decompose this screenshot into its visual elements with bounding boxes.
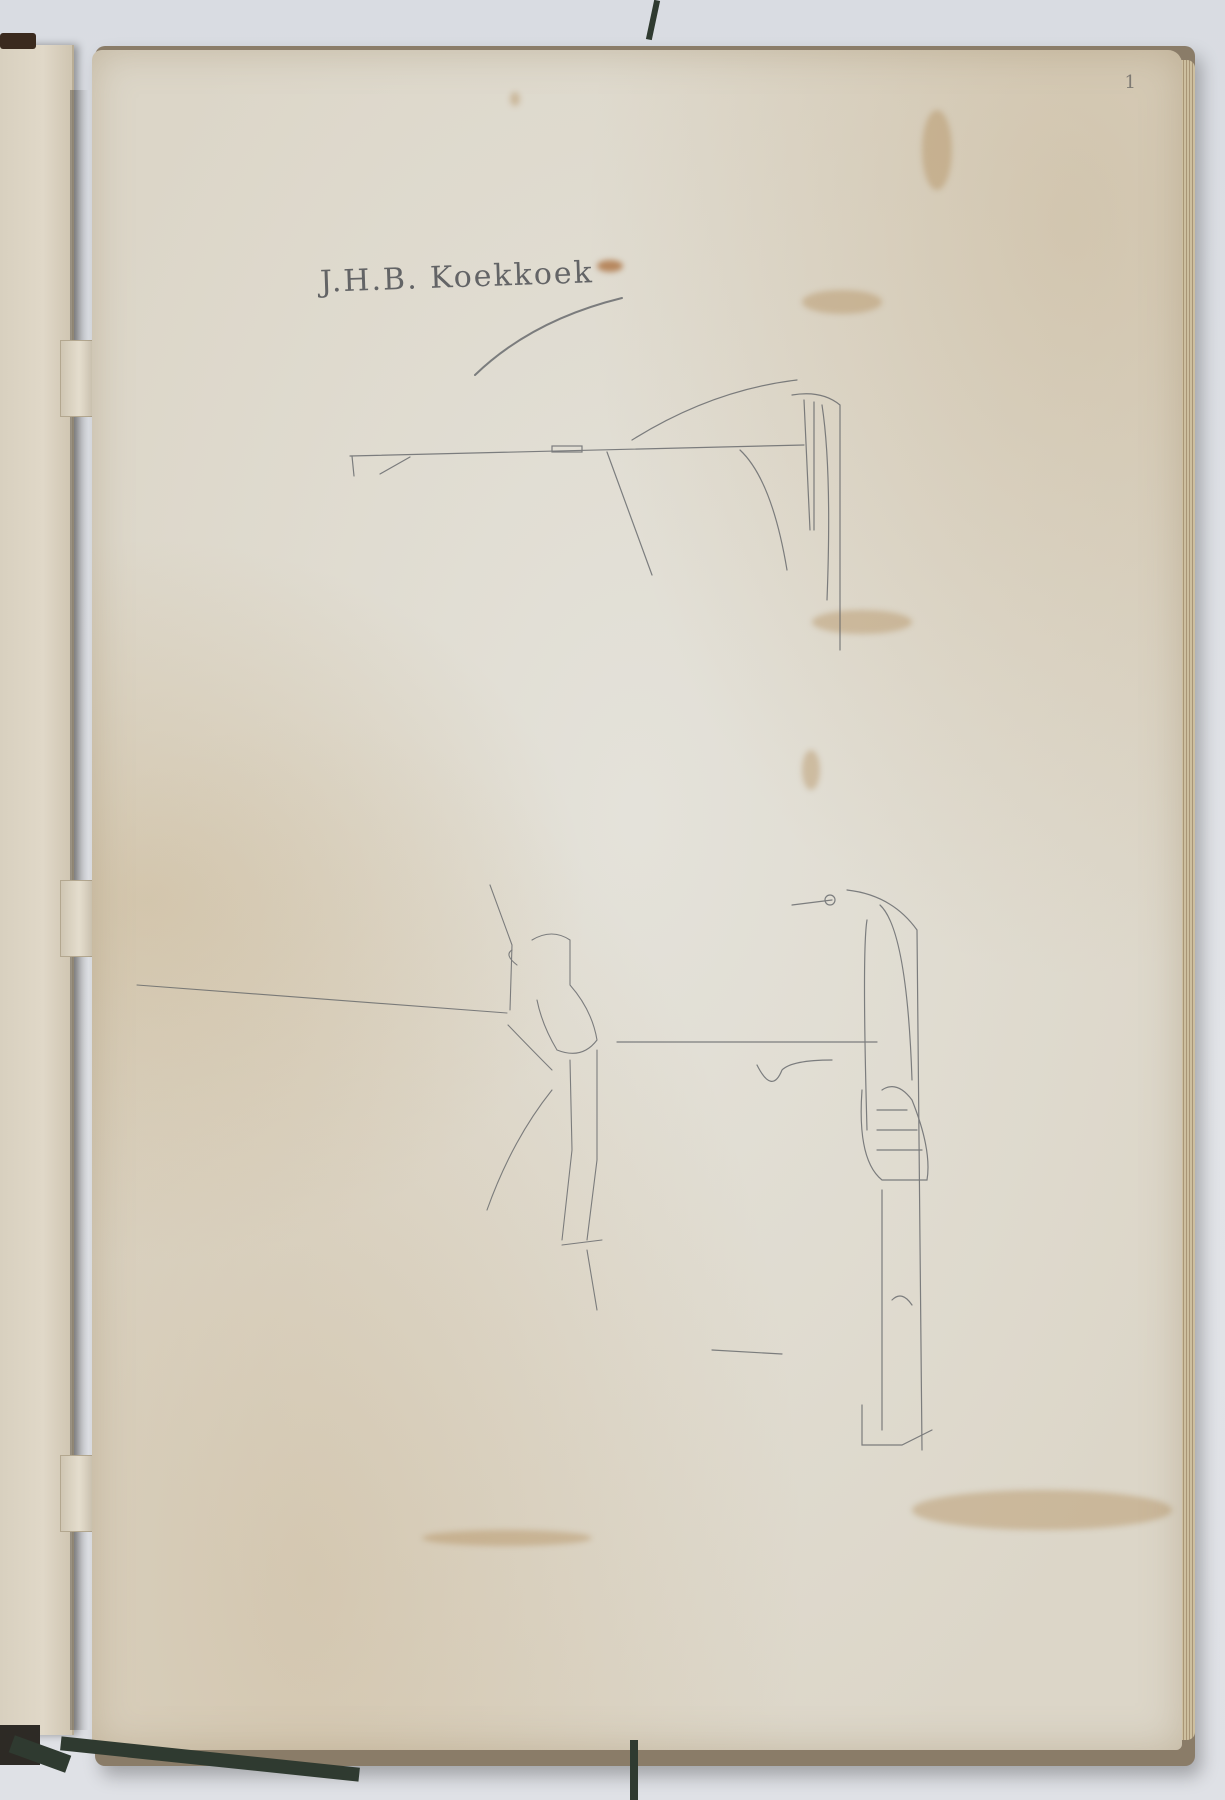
bookmark-ribbon-center [630,1740,638,1800]
pencil-sketches [92,50,1182,1750]
page-edges [1181,60,1195,1740]
sailing-ship-sketch [350,380,840,650]
boat-bow-sketch [617,890,932,1450]
cover-edge-top [0,33,36,49]
sketchbook-page: 1 J.H.B. Koekkoek [92,50,1182,1750]
figure-with-spear-sketch [137,885,602,1310]
